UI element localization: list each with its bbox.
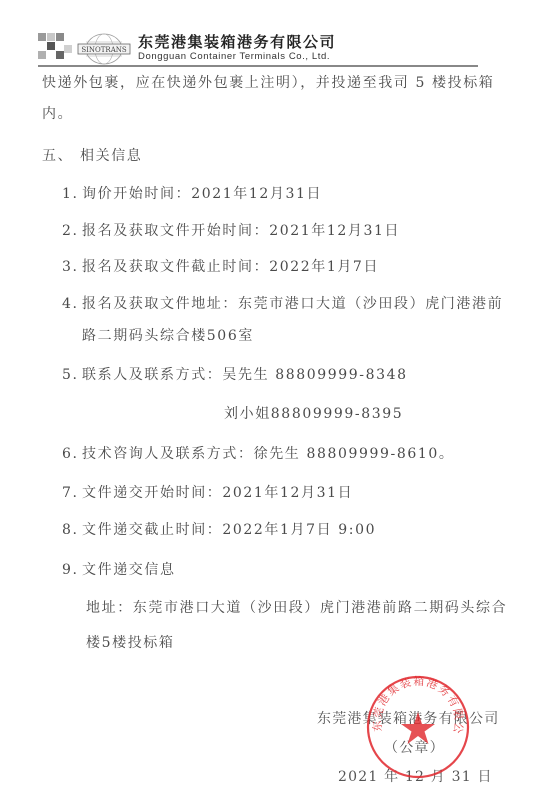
- list-item: 3.报名及获取文件截止时间：2022年1月7日: [62, 256, 379, 276]
- logo-squares-icon: [38, 33, 72, 63]
- svg-text:SINOTRANS: SINOTRANS: [81, 46, 127, 54]
- list-item: 5.联系人及联系方式：吴先生 88809999-8348: [62, 364, 408, 384]
- list-item: 2.报名及获取文件开始时间：2021年12月31日: [62, 220, 400, 240]
- company-name-en: Dongguan Container Terminals Co., Ltd.: [138, 51, 330, 62]
- list-item: 6.技术咨询人及联系方式：徐先生 88809999-8610。: [62, 443, 454, 463]
- company-name-cn: 东莞港集装箱港务有限公司: [138, 31, 336, 52]
- section-number: 五、: [42, 145, 80, 165]
- section-heading: 五、相关信息: [42, 145, 142, 165]
- list-item: 9.文件递交信息: [62, 559, 176, 579]
- sinotrans-globe-icon: SINOTRANS: [76, 32, 132, 66]
- list-item-continuation: 路二期码头综合楼506室: [82, 325, 254, 345]
- section-title: 相关信息: [80, 148, 142, 164]
- submission-address-line-2: 楼5楼投标箱: [86, 632, 175, 652]
- list-item: 1.询价开始时间：2021年12月31日: [62, 183, 322, 203]
- list-item: 8.文件递交截止时间：2022年1月7日 9:00: [62, 519, 376, 539]
- list-item: 7.文件递交开始时间：2021年12月31日: [62, 482, 353, 502]
- list-item: 4.报名及获取文件地址：东莞市港口大道（沙田段）虎门港港前: [62, 293, 503, 313]
- submission-address-line-1: 地址：东莞市港口大道（沙田段）虎门港港前路二期码头综合: [86, 597, 507, 617]
- company-seal-stamp-icon: 东莞港集装箱港务有限公司: [365, 674, 471, 780]
- header-divider: [38, 65, 478, 67]
- list-item-continuation: 刘小姐88809999-8395: [224, 403, 403, 423]
- intro-line-1: 快递外包裹，应在快递外包裹上注明），并投递至我司 5 楼投标箱: [42, 72, 494, 92]
- intro-line-2: 内。: [42, 103, 73, 123]
- letterhead: SINOTRANS 东莞港集装箱港务有限公司 Dongguan Containe…: [38, 30, 478, 66]
